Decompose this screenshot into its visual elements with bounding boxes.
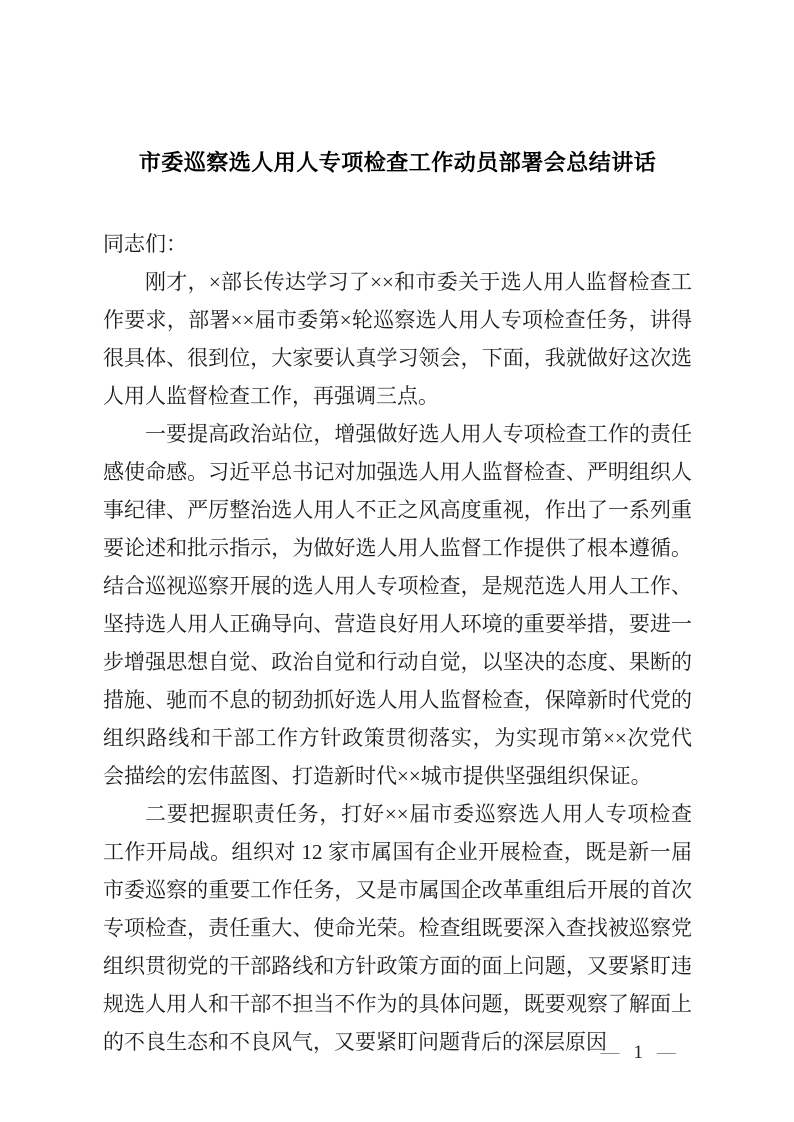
page-number: 1 bbox=[634, 1042, 644, 1063]
paragraph-point-two: 二要把握职责任务，打好××届市委巡察选人用人专项检查工作开局战。组织对 12 家… bbox=[103, 795, 692, 1061]
footer-dash-right: — bbox=[657, 1042, 676, 1063]
paragraph-intro: 刚才，×部长传达学习了××和市委关于选人用人监督检查工作要求，部署××届市委第×… bbox=[103, 263, 692, 415]
paragraph-point-one: 一要提高政治站位，增强做好选人用人专项检查工作的责任感使命感。习近平总书记对加强… bbox=[103, 415, 692, 795]
salutation: 同志们： bbox=[103, 225, 692, 263]
page-footer: —1— bbox=[601, 1042, 677, 1064]
document-title: 市委巡察选人用人专项检查工作动员部署会总结讲话 bbox=[103, 148, 692, 178]
document-page: 市委巡察选人用人专项检查工作动员部署会总结讲话 同志们： 刚才，×部长传达学习了… bbox=[0, 0, 794, 1122]
document-body: 同志们： 刚才，×部长传达学习了××和市委关于选人用人监督检查工作要求，部署××… bbox=[103, 225, 692, 1061]
footer-dash-left: — bbox=[601, 1042, 620, 1063]
